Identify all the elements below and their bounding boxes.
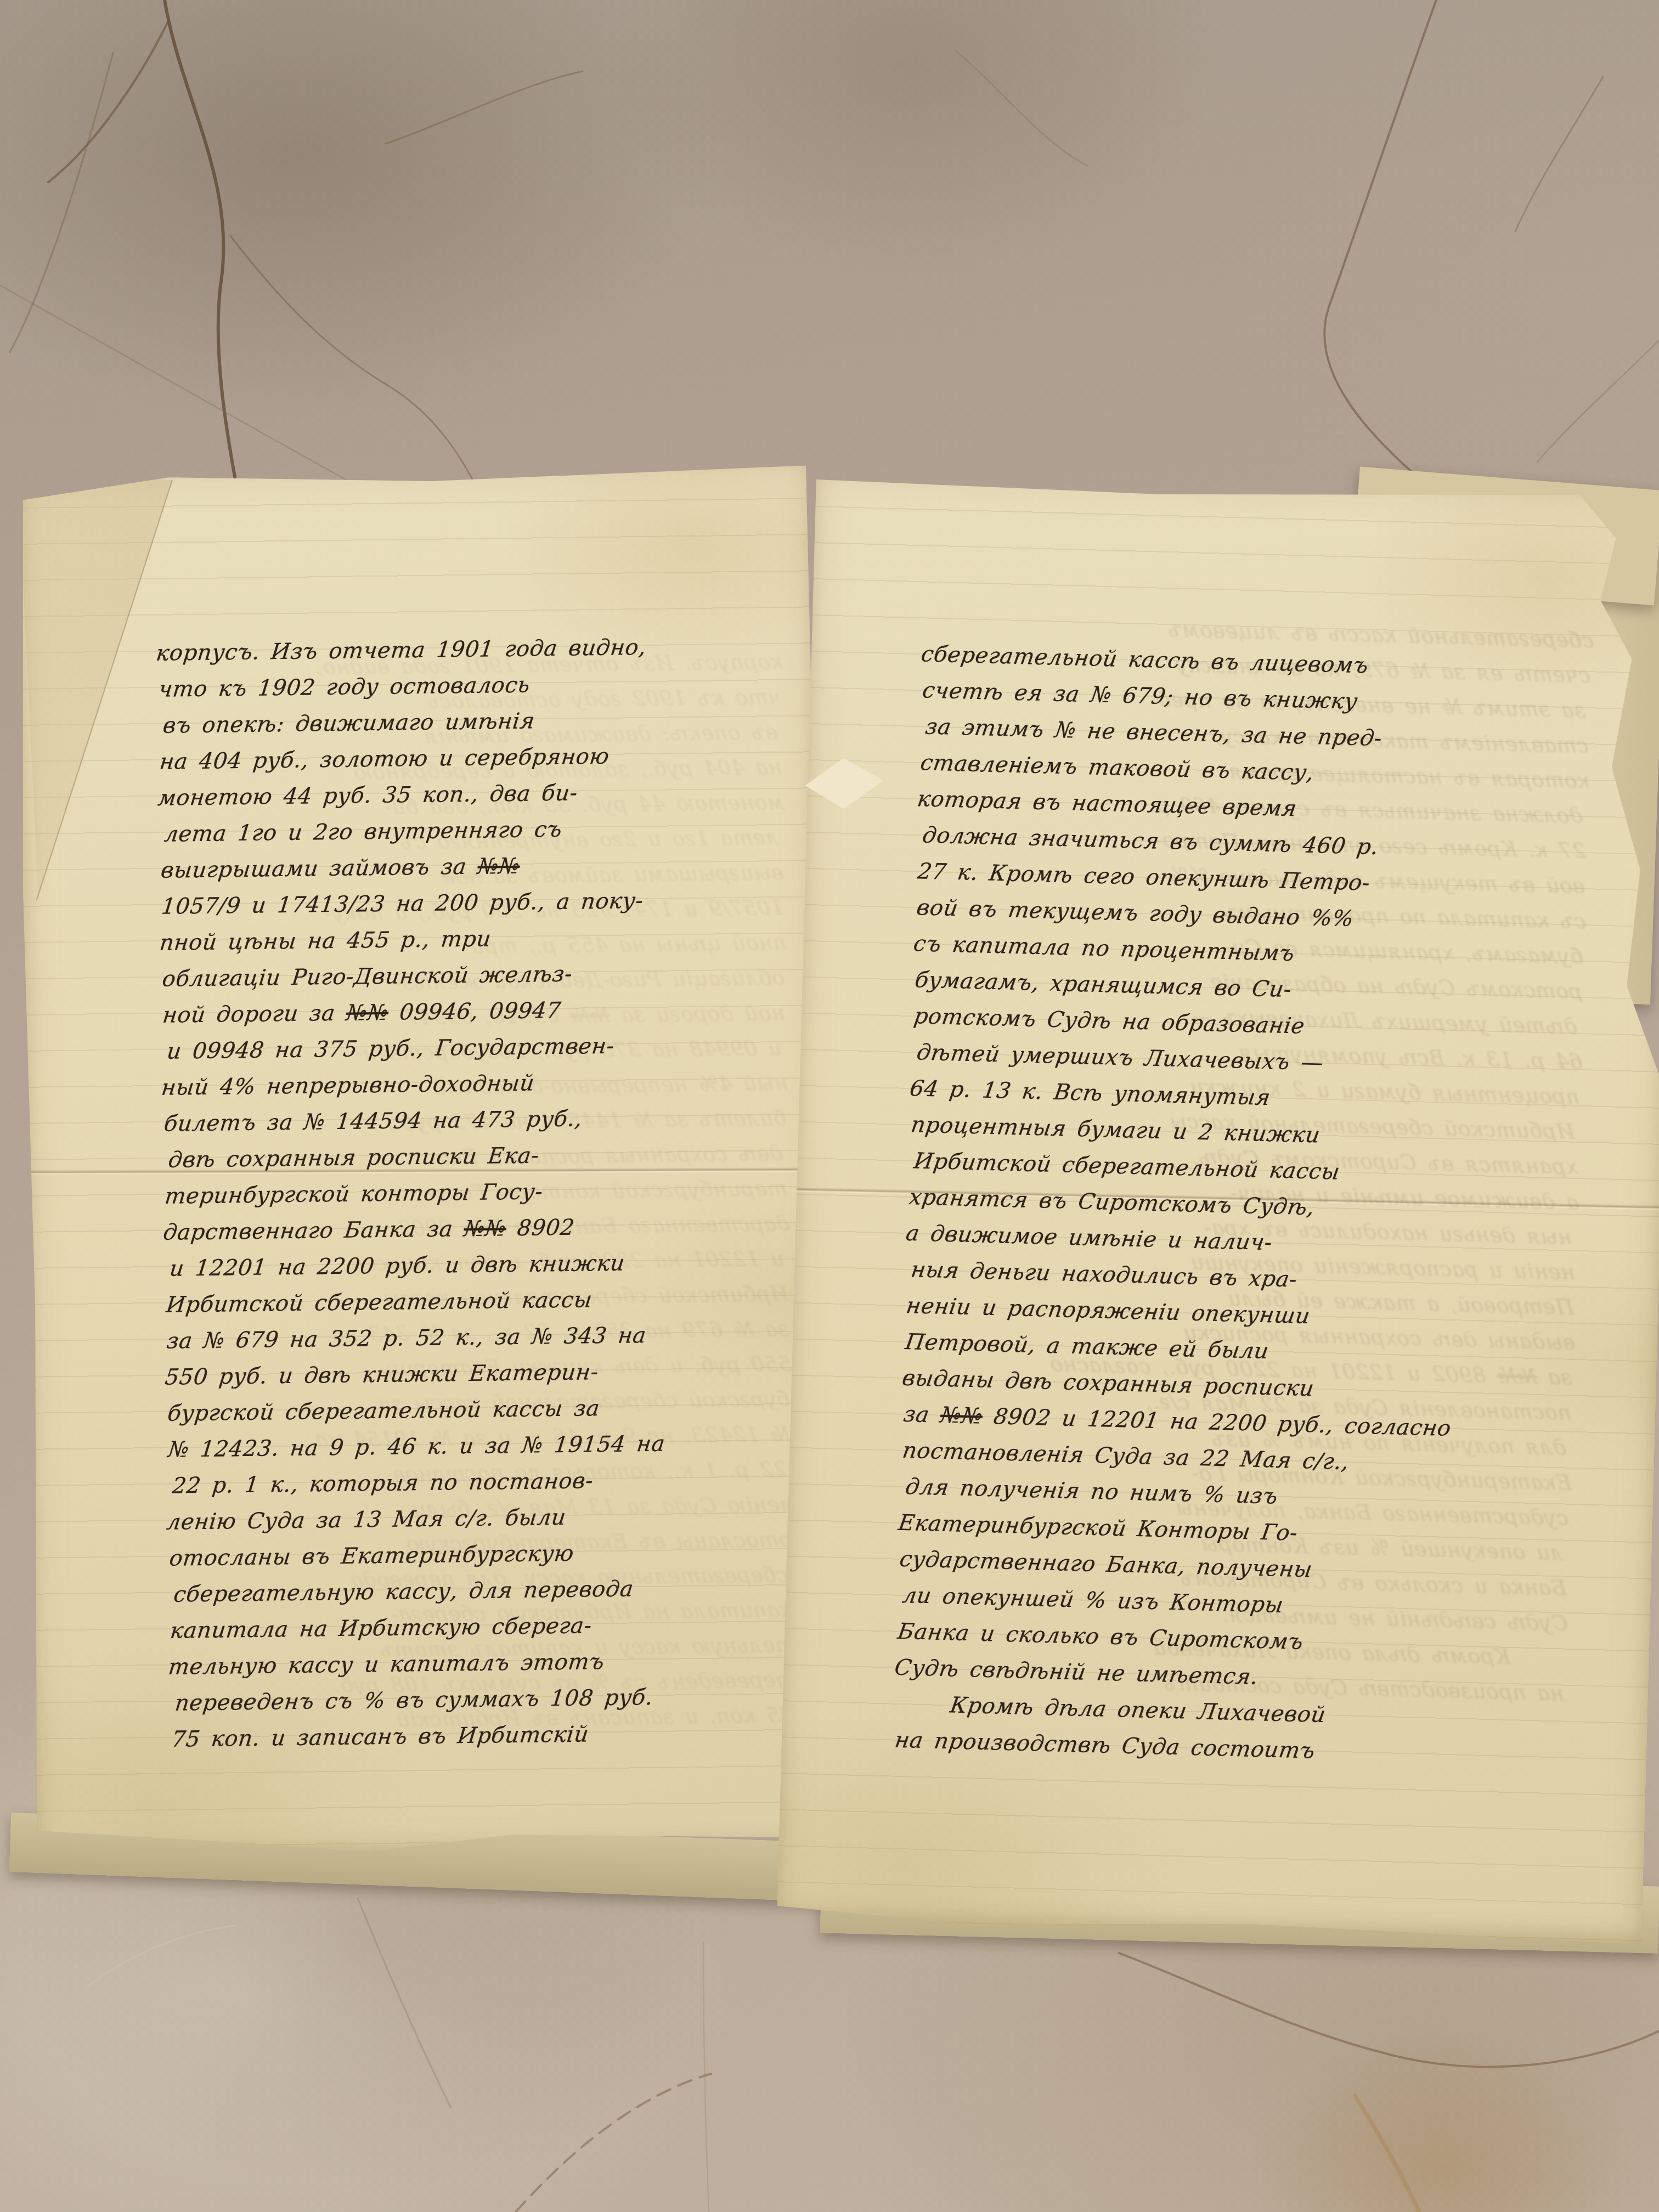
fold-crease-diagonal — [36, 480, 172, 901]
handwritten-text-left: корпусъ. Изъ отчета 1901 года видно,что … — [156, 627, 822, 1757]
document-page-right: сберегательной кассѣ въ лицевомъсчетѣ ея… — [775, 471, 1659, 1944]
handwritten-text-right: сберегательной кассѣ въ лицевомъсчетѣ ея… — [893, 636, 1629, 1776]
document-page-left: корпусъ. Изъ отчета 1901 года видно,что … — [18, 462, 830, 1861]
photo-of-handwritten-document: корпусъ. Изъ отчета 1901 года видно,что … — [0, 0, 1659, 2212]
handwritten-line: 75 коп. и записанъ въ Ирбитскій — [170, 1713, 826, 1758]
